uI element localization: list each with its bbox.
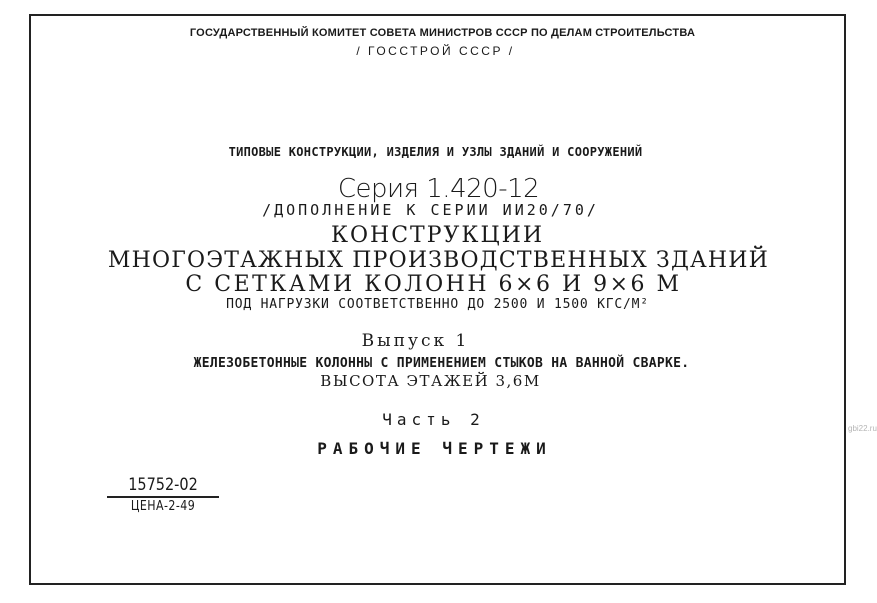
price-label: ЦЕНА-2-49	[115, 499, 210, 514]
series-number: Серия 1.420-12	[0, 176, 877, 202]
load-specification: ПОД НАГРУЗКИ СООТВЕТСТВЕННО ДО 2500 И 15…	[0, 298, 876, 311]
catalog-code: 15752-02	[115, 476, 210, 494]
watermark: gbi22.ru	[848, 424, 877, 433]
stamp-divider	[107, 496, 219, 498]
issue-description: ЖЕЛЕЗОБЕТОННЫЕ КОЛОННЫ С ПРИМЕНЕНИЕМ СТЫ…	[3, 357, 877, 370]
part-number: Часть 2	[0, 412, 872, 428]
series-supplement: /ДОПОЛНЕНИЕ К СЕРИИ ИИ20/70/	[0, 203, 869, 218]
drawings-label: РАБОЧИЕ ЧЕРТЕЖИ	[0, 441, 873, 457]
agency-short-name: / ГОССТРОЙ СССР /	[0, 45, 874, 57]
document-title-line-1: КОНСТРУКЦИИ	[0, 225, 876, 247]
catalog-stamp: 15752-02 ЦЕНА-2-49	[107, 476, 219, 514]
issue-number: Выпуск 1	[0, 333, 854, 350]
floor-height: ВЫСОТА ЭТАЖЕЙ 3,6М	[0, 374, 869, 389]
document-title-line-2: МНОГОЭТАЖНЫХ ПРОИЗВОДСТВЕННЫХ ЗДАНИЙ	[0, 250, 877, 272]
agency-name: ГОСУДАРСТВЕННЫЙ КОМИТЕТ СОВЕТА МИНИСТРОВ…	[4, 28, 877, 39]
document-title-line-3: С СЕТКАМИ КОЛОНН 6×6 И 9×6 М	[0, 274, 872, 296]
category-heading: ТИПОВЫЕ КОНСТРУКЦИИ, ИЗДЕЛИЯ И УЗЛЫ ЗДАН…	[0, 146, 874, 158]
